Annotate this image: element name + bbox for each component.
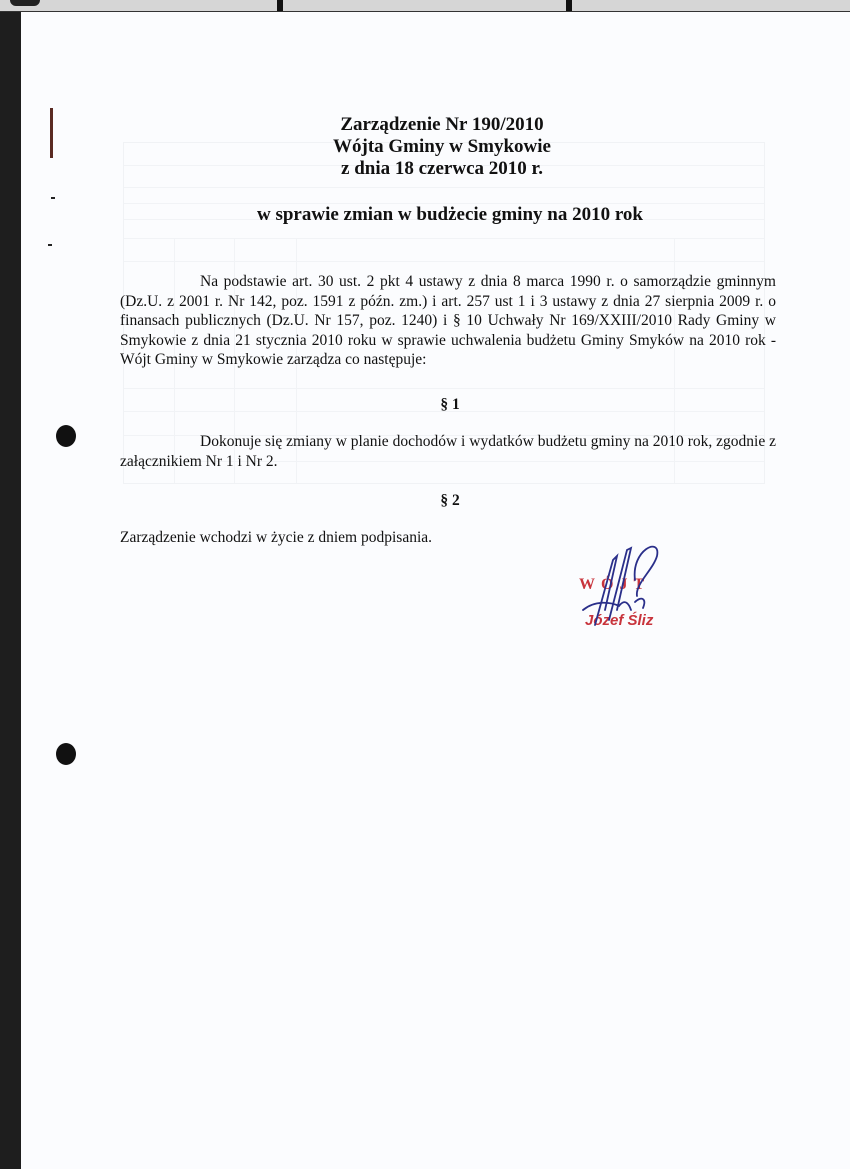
document-title: Zarządzenie Nr 190/2010 Wójta Gminy w Sm… bbox=[242, 114, 642, 180]
margin-dot bbox=[48, 244, 52, 246]
scanned-page bbox=[21, 12, 850, 1169]
official-stamp: WÓJT Józef Śliz bbox=[565, 540, 695, 640]
title-line-date: z dnia 18 czerwca 2010 r. bbox=[242, 158, 642, 180]
scanner-notch bbox=[277, 0, 283, 11]
preamble-paragraph: Na podstawie art. 30 ust. 2 pkt 4 ustawy… bbox=[120, 272, 776, 370]
section-1-text: Dokonuje się zmiany w planie dochodów i … bbox=[120, 432, 776, 471]
margin-dot bbox=[51, 197, 55, 199]
punch-hole bbox=[56, 425, 76, 447]
scanner-top-strip bbox=[0, 0, 850, 12]
section-1-heading: § 1 bbox=[380, 396, 520, 414]
title-line-number: Zarządzenie Nr 190/2010 bbox=[242, 114, 642, 136]
title-line-issuer: Wójta Gminy w Smykowie bbox=[242, 136, 642, 158]
document-subject: w sprawie zmian w budżecie gminy na 2010… bbox=[170, 204, 730, 226]
margin-pen-mark bbox=[50, 108, 53, 158]
scanner-notch bbox=[566, 0, 572, 11]
section-2-heading: § 2 bbox=[380, 492, 520, 510]
handwritten-signature-icon bbox=[565, 540, 695, 640]
punch-hole bbox=[56, 743, 76, 765]
scanner-clip bbox=[10, 0, 40, 6]
